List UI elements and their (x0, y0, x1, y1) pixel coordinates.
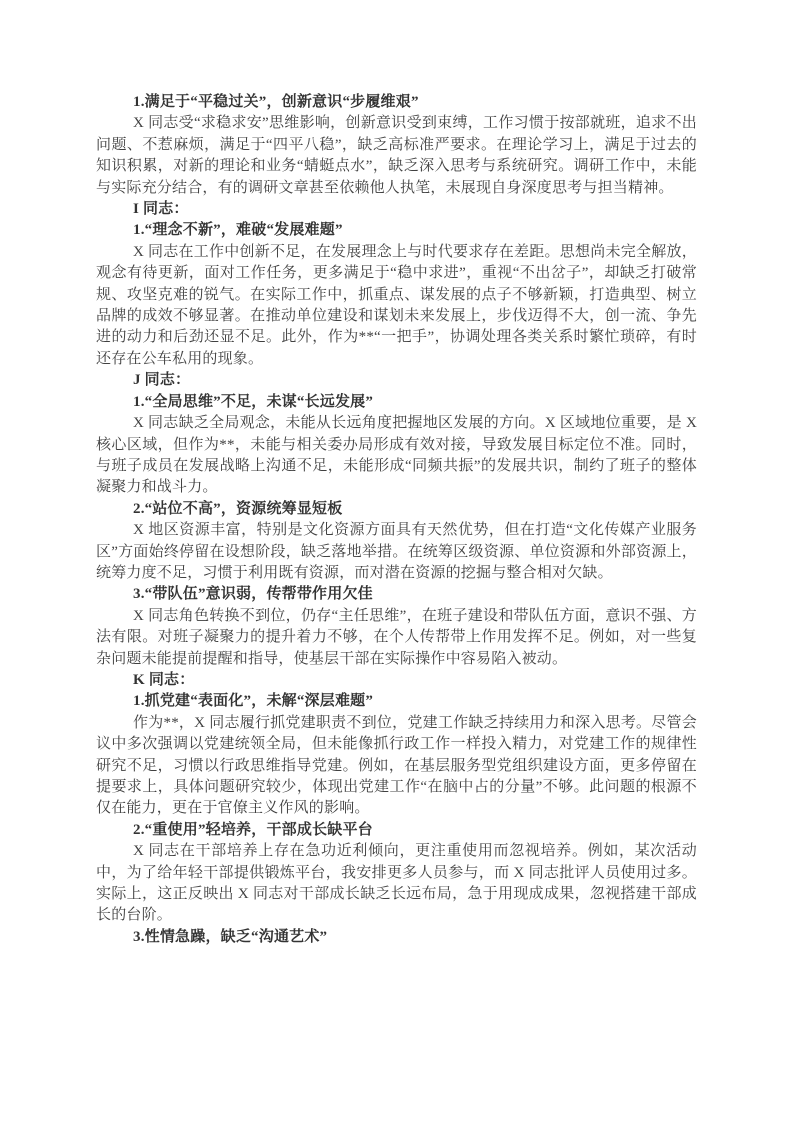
doc-heading: 2.“站位不高”，资源统筹显短板 (96, 499, 697, 520)
doc-paragraph: X 同志在工作中创新不足，在发展理念上与时代要求存在差距。思想尚未完全解放，观念… (96, 242, 697, 370)
doc-heading: K 同志： (96, 670, 697, 691)
doc-heading: 2.“重使用”轻培养，干部成长缺平台 (96, 820, 697, 841)
doc-heading: 1.“全局思维”不足，未谋“长远发展” (96, 392, 697, 413)
doc-heading: 1.抓党建“表面化”，未解“深层难题” (96, 691, 697, 712)
doc-paragraph: X 同志受“求稳求安”思维影响，创新意识受到束缚，工作习惯于按部就班，追求不出问… (96, 113, 697, 199)
doc-heading: I 同志： (96, 199, 697, 220)
doc-heading: 3.“带队伍”意识弱，传帮带作用欠佳 (96, 584, 697, 605)
doc-paragraph: X 同志缺乏全局观念，未能从长远角度把握地区发展的方向。X 区域地位重要，是 X… (96, 413, 697, 499)
doc-heading: 1.满足于“平稳过关”，创新意识“步履维艰” (96, 92, 697, 113)
doc-heading: 1.“理念不新”，难破“发展难题” (96, 220, 697, 241)
doc-heading: J 同志： (96, 370, 697, 391)
doc-paragraph: 作为**，X 同志履行抓党建职责不到位，党建工作缺乏持续用力和深入思考。尽管会议… (96, 713, 697, 820)
doc-paragraph: X 地区资源丰富，特别是文化资源方面具有天然优势，但在打造“文化传媒产业服务区”… (96, 520, 697, 584)
doc-paragraph: X 同志角色转换不到位，仍存“主任思维”，在班子建设和带队伍方面，意识不强、方法… (96, 606, 697, 670)
doc-heading: 3.性情急躁，缺乏“沟通艺术” (96, 927, 697, 948)
document-page: 1.满足于“平稳过关”，创新意识“步履维艰” X 同志受“求稳求安”思维影响，创… (0, 0, 793, 1122)
doc-paragraph: X 同志在干部培养上存在急功近利倾向，更注重使用而忽视培养。例如，某次活动中，为… (96, 841, 697, 927)
